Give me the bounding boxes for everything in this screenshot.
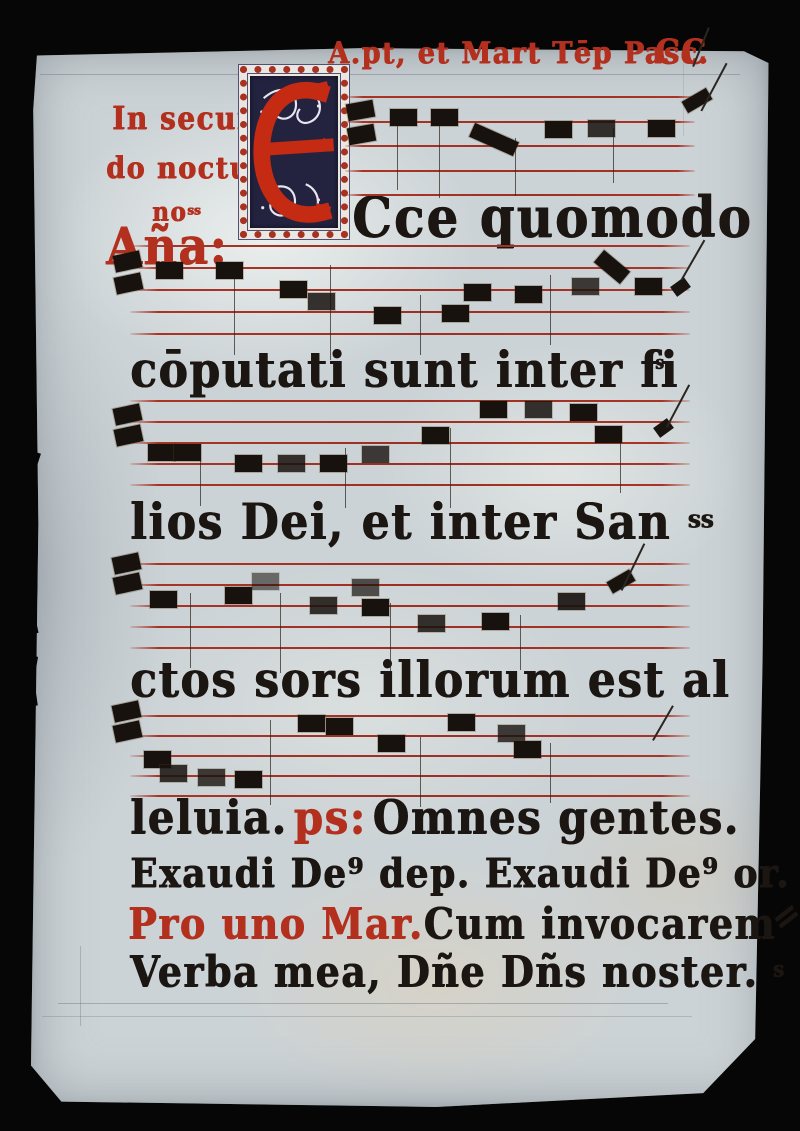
neume-square: [482, 613, 509, 630]
neume-square: [595, 426, 622, 443]
ruling-line: [42, 1016, 692, 1017]
neume-square: [498, 725, 525, 742]
note-stem: [190, 593, 191, 668]
neume-square: [352, 579, 379, 596]
neume-square: [310, 597, 337, 614]
edge-notch: [28, 694, 38, 707]
manuscript-photo: A.pt, et Mart Tēp Pasc. CC In secun do n…: [0, 0, 800, 1131]
staff-line: [130, 463, 690, 465]
neume-square: [545, 121, 572, 138]
staff-line: [130, 563, 690, 565]
header-title-text: A.pt, et Mart Tēp Pasc.: [328, 36, 709, 71]
neume-square: [216, 262, 243, 279]
neume-square: [150, 591, 177, 608]
initial-letter-e-drawing: [250, 76, 338, 228]
neume-square: [588, 120, 615, 137]
neume-oblique: [594, 250, 630, 284]
lyric-text: ctos sors illorum est al: [130, 652, 730, 709]
neume-square: [422, 427, 449, 444]
staff-line: [130, 311, 690, 313]
staff-line: [130, 735, 690, 737]
neume-square: [174, 444, 201, 461]
edge-notch: [25, 617, 38, 635]
neume-square: [298, 715, 325, 732]
initial-frame: E: [238, 64, 350, 240]
note-stem: [270, 720, 271, 805]
note-stem: [520, 615, 521, 670]
folio-number-text: CC: [655, 32, 707, 72]
staff-line: [130, 289, 690, 291]
note-stem: [397, 118, 398, 190]
ruling-line: [80, 946, 81, 1026]
neume-square: [418, 615, 445, 632]
note-stem: [280, 593, 281, 673]
lyric-line-5: leluia.ps:Omnes gentes.: [130, 790, 740, 845]
ruling-line: [58, 1003, 668, 1004]
neume-square: [156, 262, 183, 279]
initial-panel: E: [250, 76, 338, 228]
neume-square: [570, 404, 597, 421]
neume-square: [558, 593, 585, 610]
neume-square: [525, 401, 552, 418]
neume-square: [515, 286, 542, 303]
neume-square: [346, 100, 376, 121]
lyric-text: Verba mea, Dñe Dñs noster.: [130, 946, 758, 996]
staff-line: [130, 715, 690, 717]
note-stem: [420, 295, 421, 355]
neume-square: [235, 771, 262, 788]
lyric-text: Cum invocarem: [423, 898, 775, 948]
neume-square: [448, 714, 475, 731]
neume-square: [514, 741, 541, 758]
neume-square: [326, 718, 353, 735]
lyric-text: leluia.: [130, 790, 287, 845]
custos: [670, 277, 691, 297]
lyric-line-3: lios Dei, et inter San ss: [130, 494, 713, 551]
ruling-line: [40, 74, 740, 75]
neume-square: [390, 109, 417, 126]
staff-line: [130, 421, 690, 423]
note-stem: [439, 118, 440, 198]
lyric-text: cōputati sunt inter fi: [130, 342, 679, 399]
staff-line: [130, 245, 690, 247]
staff-line: [130, 755, 690, 757]
neume-square: [160, 765, 187, 782]
neume-square: [635, 278, 662, 295]
neume-square: [198, 769, 225, 786]
folio-number: CC: [655, 32, 707, 72]
lyric-line-6: Exaudi De⁹ dep. Exaudi De⁹ or.: [130, 850, 790, 897]
neume-square: [347, 124, 377, 145]
lyric-line-8: Verba mea, Dñe Dñs noster. s: [130, 946, 784, 996]
note-stem: [390, 603, 391, 673]
note-stem: [550, 275, 551, 345]
staff-line: [130, 584, 690, 586]
rubric-line-1: In secun: [112, 100, 259, 137]
neume-square: [464, 284, 491, 301]
note-stem: [420, 737, 421, 807]
staff-line: [130, 605, 690, 607]
lyric-line-2: cōputati sunt inter fi: [130, 342, 679, 399]
staff-line: [130, 647, 690, 649]
neume-square: [378, 735, 405, 752]
neume-square: [374, 307, 401, 324]
staff-line: [130, 484, 690, 486]
edge-notch: [27, 655, 38, 669]
music-stave-1: [345, 96, 695, 197]
lyric-text: lios Dei, et inter San: [130, 494, 671, 551]
flourish: ss: [688, 505, 714, 534]
neume-square: [235, 455, 262, 472]
staff-line: [130, 333, 690, 335]
initial-letter-e-strokes: [262, 81, 334, 217]
music-stave-2: [130, 245, 690, 336]
neume-oblique: [469, 123, 519, 156]
neume-square: [225, 587, 252, 604]
staff-line: [130, 795, 690, 797]
neume-square: [648, 120, 675, 137]
header-title: A.pt, et Mart Tēp Pasc.: [328, 36, 709, 71]
neume-square: [252, 573, 279, 590]
lyric-line-7: Pro uno Mar.Cum invocarem=: [128, 898, 800, 948]
lyric-line-4: ctos sors illorum est al: [130, 652, 730, 709]
neume-square: [280, 281, 307, 298]
neume-square: [148, 444, 175, 461]
flourish: s: [773, 955, 784, 982]
psalm-abbreviation: ps:: [293, 790, 366, 845]
staff-line: [345, 194, 695, 196]
rubric-incipit: Pro uno Mar.: [128, 898, 423, 948]
music-stave-3: [130, 400, 690, 487]
neume-square: [362, 599, 389, 616]
music-stave-5: [130, 715, 690, 798]
flourish: s: [655, 352, 664, 373]
neume-square: [320, 455, 347, 472]
staff-line: [130, 400, 690, 402]
line-filler-flourish: s: [655, 346, 664, 385]
note-stem: [550, 743, 551, 803]
neume-square: [480, 401, 507, 418]
lyric-text: Omnes gentes.: [373, 790, 740, 845]
note-stem: [450, 428, 451, 508]
rubric-text: In secun: [112, 100, 259, 137]
neume-square: [362, 446, 389, 463]
note-stem: [330, 265, 331, 360]
music-stave-4: [130, 563, 690, 650]
neume-square: [278, 455, 305, 472]
neume-square: [431, 109, 458, 126]
neume-square: [572, 278, 599, 295]
staff-line: [345, 96, 695, 98]
lyric-text: Exaudi De⁹ dep. Exaudi De⁹ or.: [130, 850, 790, 897]
neume-square: [442, 305, 469, 322]
neume-square: [308, 293, 335, 310]
staff-line: [130, 626, 690, 628]
